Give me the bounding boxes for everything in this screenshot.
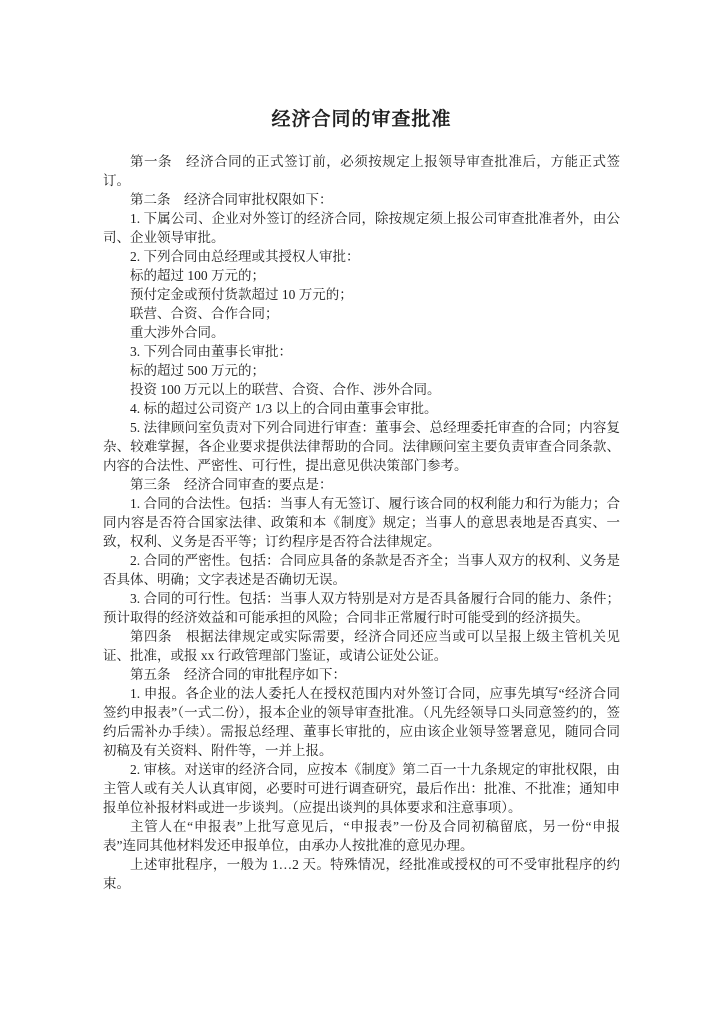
paragraph: 标的超过 100 万元的；	[103, 266, 620, 285]
paragraph: 4. 标的超过公司资产 1/3 以上的合同由董事会审批。	[103, 399, 620, 418]
paragraph: 标的超过 500 万元的；	[103, 361, 620, 380]
paragraph: 上述审批程序，一般为 1…2 天。特殊情况，经批准或授权的可不受审批程序的约束。	[103, 855, 620, 893]
paragraph: 第二条 经济合同审批权限如下：	[103, 190, 620, 209]
document-title: 经济合同的审查批准	[103, 108, 620, 132]
paragraph: 1. 合同的合法性。包括：当事人有无签订、履行该合同的权利能力和行为能力；合同内…	[103, 494, 620, 551]
paragraph: 第四条 根据法律规定或实际需要，经济合同还应当或可以呈报上级主管机关见证、批准，…	[103, 627, 620, 665]
paragraph: 3. 合同的可行性。包括：当事人双方特别是对方是否具备履行合同的能力、条件；预计…	[103, 589, 620, 627]
paragraph: 3. 下列合同由董事长审批：	[103, 342, 620, 361]
paragraph: 第一条 经济合同的正式签订前，必须按规定上报领导审查批准后，方能正式签订。	[103, 152, 620, 190]
paragraph: 2. 审核。对送审的经济合同，应按本《制度》第二百一十九条规定的审批权限，由主管…	[103, 760, 620, 817]
paragraph: 5. 法律顾问室负责对下列合同进行审查：董事会、总经理委托审查的合同；内容复杂、…	[103, 418, 620, 475]
paragraph: 投资 100 万元以上的联营、合资、合作、涉外合同。	[103, 380, 620, 399]
paragraph: 联营、合资、合作合同；	[103, 304, 620, 323]
paragraph: 重大涉外合同。	[103, 323, 620, 342]
paragraph: 第五条 经济合同的审批程序如下：	[103, 665, 620, 684]
paragraph: 预付定金或预付货款超过 10 万元的；	[103, 285, 620, 304]
paragraph: 2. 下列合同由总经理或其授权人审批：	[103, 247, 620, 266]
document-body: 第一条 经济合同的正式签订前，必须按规定上报领导审查批准后，方能正式签订。第二条…	[103, 152, 620, 893]
paragraph: 主管人在“申报表”上批写意见后，“申报表”一份及合同初稿留底，另一份“申报表”连…	[103, 817, 620, 855]
paragraph: 1. 申报。各企业的法人委托人在授权范围内对外签订合同，应事先填写“经济合同签约…	[103, 684, 620, 760]
paragraph: 2. 合同的严密性。包括：合同应具备的条款是否齐全；当事人双方的权利、义务是否具…	[103, 551, 620, 589]
paragraph: 第三条 经济合同审查的要点是：	[103, 475, 620, 494]
document-page: 经济合同的审查批准 第一条 经济合同的正式签订前，必须按规定上报领导审查批准后，…	[0, 0, 720, 1017]
paragraph: 1. 下属公司、企业对外签订的经济合同，除按规定须上报公司审查批准者外，由公司、…	[103, 209, 620, 247]
